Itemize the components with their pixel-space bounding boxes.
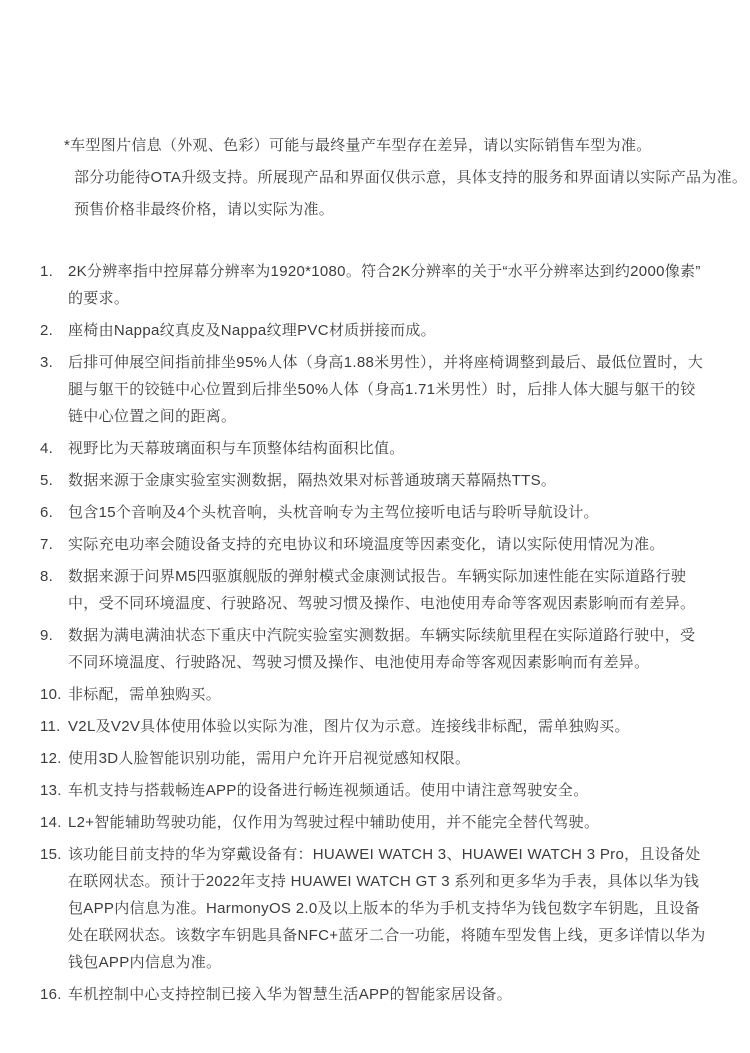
footnote-text: 数据为满电满油状态下重庆中汽院实验室实测数据。车辆实际续航里程在实际道路行驶中，… (68, 622, 708, 676)
footnote-number: 13. (40, 777, 68, 804)
footnote-list: 1. 2K分辨率指中控屏幕分辨率为1920*1080。符合2K分辨率的关于“水平… (40, 258, 708, 1008)
footnote-item: 8. 数据来源于问界M5四驱旗舰版的弹射模式金康测试报告。车辆实际加速性能在实际… (40, 563, 708, 617)
footnote-number: 3. (40, 349, 68, 376)
footnote-text: 后排可伸展空间指前排坐95%人体（身高1.88米男性），并将座椅调整到最后、最低… (68, 349, 708, 430)
footnote-number: 12. (40, 745, 68, 772)
disclaimer-note: 预售价格非最终价格，请以实际为准。 (64, 194, 708, 226)
footnote-item: 4. 视野比为天幕玻璃面积与车顶整体结构面积比值。 (40, 435, 708, 462)
footnote-text: 数据来源于金康实验室实测数据，隔热效果对标普通玻璃天幕隔热TTS。 (68, 467, 708, 494)
footnote-number: 16. (40, 981, 68, 1008)
footnote-item: 14. L2+智能辅助驾驶功能，仅作用为驾驶过程中辅助使用，并不能完全替代驾驶。 (40, 809, 708, 836)
footnote-item: 7. 实际充电功率会随设备支持的充电协议和环境温度等因素变化，请以实际使用情况为… (40, 531, 708, 558)
footnote-number: 10. (40, 681, 68, 708)
footnote-item: 13. 车机支持与搭载畅连APP的设备进行畅连视频通话。使用中请注意驾驶安全。 (40, 777, 708, 804)
footnote-text: 该功能目前支持的华为穿戴设备有：HUAWEI WATCH 3、HUAWEI WA… (68, 841, 708, 976)
footnote-item: 9. 数据为满电满油状态下重庆中汽院实验室实测数据。车辆实际续航里程在实际道路行… (40, 622, 708, 676)
footnote-text: 包含15个音响及4个头枕音响，头枕音响专为主驾位接听电话与聆听导航设计。 (68, 499, 708, 526)
footnote-number: 4. (40, 435, 68, 462)
footnote-number: 5. (40, 467, 68, 494)
footnote-number: 2. (40, 317, 68, 344)
footnote-text: 数据来源于问界M5四驱旗舰版的弹射模式金康测试报告。车辆实际加速性能在实际道路行… (68, 563, 708, 617)
footnote-number: 9. (40, 622, 68, 649)
footnote-number: 7. (40, 531, 68, 558)
footnote-item: 2. 座椅由Nappa纹真皮及Nappa纹理PVC材质拼接而成。 (40, 317, 708, 344)
footnote-text: V2L及V2V具体使用体验以实际为准，图片仅为示意。连接线非标配，需单独购买。 (68, 713, 708, 740)
footnote-text: 座椅由Nappa纹真皮及Nappa纹理PVC材质拼接而成。 (68, 317, 708, 344)
footnote-text: 视野比为天幕玻璃面积与车顶整体结构面积比值。 (68, 435, 708, 462)
footnote-number: 1. (40, 258, 68, 285)
footnote-text: 车机控制中心支持控制已接入华为智慧生活APP的智能家居设备。 (68, 981, 708, 1008)
disclaimer-note: 部分功能待OTA升级支持。所展现产品和界面仅供示意，具体支持的服务和界面请以实际… (64, 162, 708, 194)
footnote-text: 实际充电功率会随设备支持的充电协议和环境温度等因素变化，请以实际使用情况为准。 (68, 531, 708, 558)
footnote-text: 使用3D人脸智能识别功能，需用户允许开启视觉感知权限。 (68, 745, 708, 772)
footnote-item: 5. 数据来源于金康实验室实测数据，隔热效果对标普通玻璃天幕隔热TTS。 (40, 467, 708, 494)
footnote-text: 车机支持与搭载畅连APP的设备进行畅连视频通话。使用中请注意驾驶安全。 (68, 777, 708, 804)
footnote-text: 2K分辨率指中控屏幕分辨率为1920*1080。符合2K分辨率的关于“水平分辨率… (68, 258, 708, 312)
footnote-text: 非标配，需单独购买。 (68, 681, 708, 708)
footnote-item: 11. V2L及V2V具体使用体验以实际为准，图片仅为示意。连接线非标配，需单独… (40, 713, 708, 740)
footnote-number: 6. (40, 499, 68, 526)
footnote-number: 8. (40, 563, 68, 590)
disclaimer-note: *车型图片信息（外观、色彩）可能与最终量产车型存在差异，请以实际销售车型为准。 (64, 130, 708, 162)
footnote-item: 6. 包含15个音响及4个头枕音响，头枕音响专为主驾位接听电话与聆听导航设计。 (40, 499, 708, 526)
footnote-item: 1. 2K分辨率指中控屏幕分辨率为1920*1080。符合2K分辨率的关于“水平… (40, 258, 708, 312)
footnote-item: 10. 非标配，需单独购买。 (40, 681, 708, 708)
footnote-number: 15. (40, 841, 68, 868)
footnote-number: 14. (40, 809, 68, 836)
footnote-item: 15. 该功能目前支持的华为穿戴设备有：HUAWEI WATCH 3、HUAWE… (40, 841, 708, 976)
footnote-item: 3. 后排可伸展空间指前排坐95%人体（身高1.88米男性），并将座椅调整到最后… (40, 349, 708, 430)
footnote-text: L2+智能辅助驾驶功能，仅作用为驾驶过程中辅助使用，并不能完全替代驾驶。 (68, 809, 708, 836)
disclaimer-page: *车型图片信息（外观、色彩）可能与最终量产车型存在差异，请以实际销售车型为准。 … (0, 0, 750, 1053)
footnote-item: 12. 使用3D人脸智能识别功能，需用户允许开启视觉感知权限。 (40, 745, 708, 772)
disclaimer-notes: *车型图片信息（外观、色彩）可能与最终量产车型存在差异，请以实际销售车型为准。 … (64, 130, 708, 226)
footnote-item: 16. 车机控制中心支持控制已接入华为智慧生活APP的智能家居设备。 (40, 981, 708, 1008)
footnote-number: 11. (40, 713, 68, 740)
